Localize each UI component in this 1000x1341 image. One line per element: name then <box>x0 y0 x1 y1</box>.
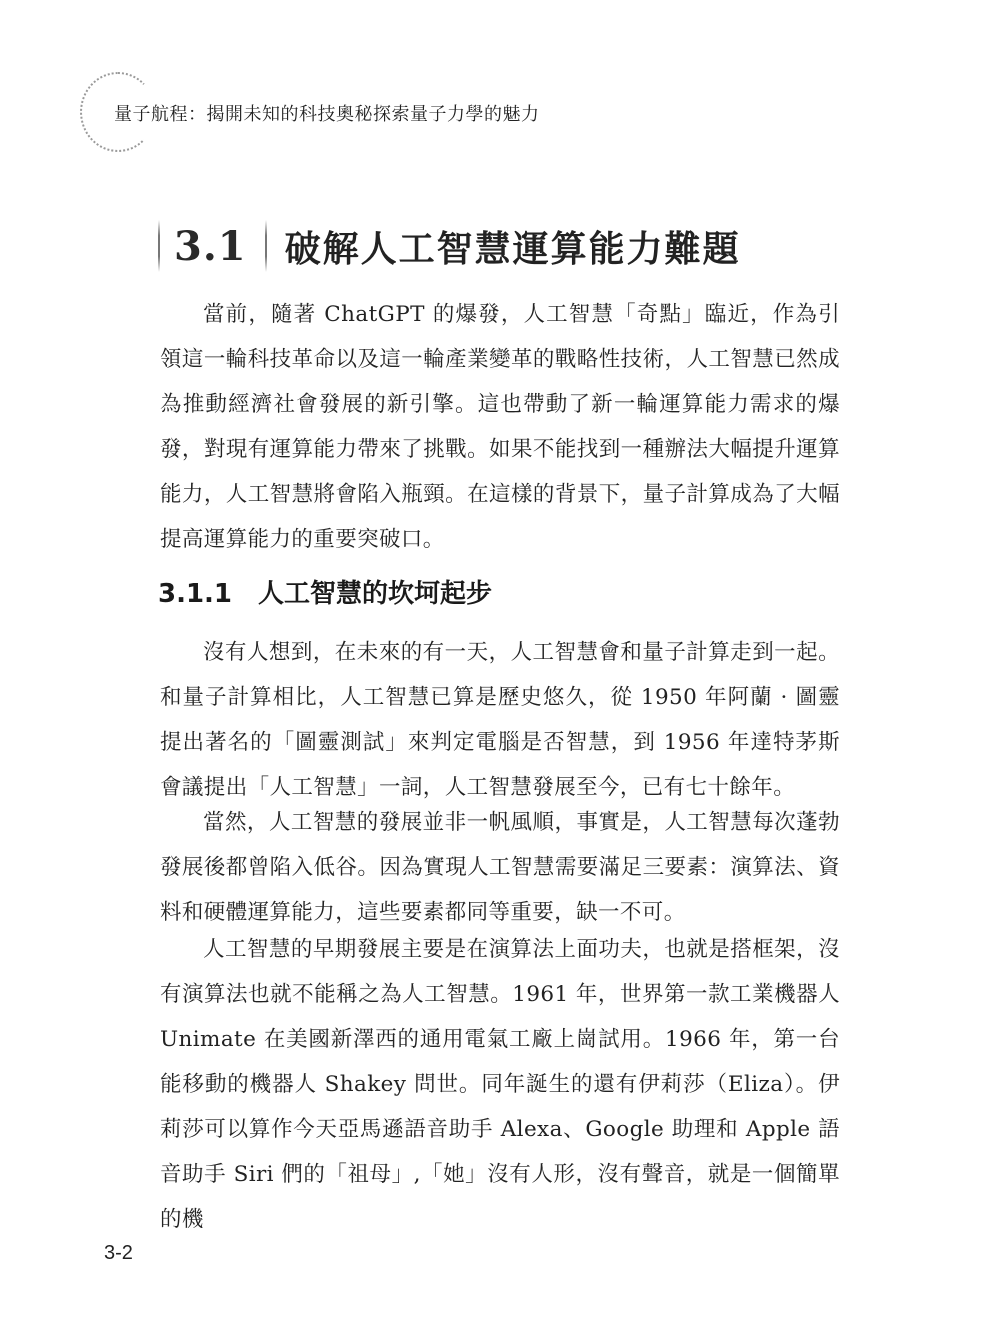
section-heading: 3.1.1人工智慧的坎坷起步 <box>158 573 492 610</box>
page-number: 3-2 <box>104 1242 133 1265</box>
left-divider <box>158 220 160 272</box>
paragraph: 人工智慧的早期發展主要是在演算法上面功夫，也就是搭框架，沒有演算法也就不能稱之為… <box>160 927 840 1242</box>
intro-paragraph: 當前，隨著 ChatGPT 的爆發，人工智慧「奇點」臨近，作為引領這一輪科技革命… <box>160 292 840 562</box>
book-page: 量子航程：揭開未知的科技奧秘探索量子力學的魅力 3.1 破解人工智慧運算能力難題… <box>0 0 1000 1341</box>
chapter-heading: 3.1 破解人工智慧運算能力難題 <box>158 218 741 274</box>
running-header: 量子航程：揭開未知的科技奧秘探索量子力學的魅力 <box>114 100 540 126</box>
paragraph: 當然，人工智慧的發展並非一帆風順，事實是，人工智慧每次蓬勃發展後都曾陷入低谷。因… <box>160 800 840 935</box>
paragraph: 沒有人想到，在未來的有一天，人工智慧會和量子計算走到一起。和量子計算相比，人工智… <box>160 630 840 810</box>
section-number: 3.1.1 <box>158 579 232 609</box>
title-divider <box>265 220 267 272</box>
section-title: 人工智慧的坎坷起步 <box>258 579 492 609</box>
chapter-number: 3.1 <box>174 223 247 270</box>
chapter-title: 破解人工智慧運算能力難題 <box>285 221 741 272</box>
